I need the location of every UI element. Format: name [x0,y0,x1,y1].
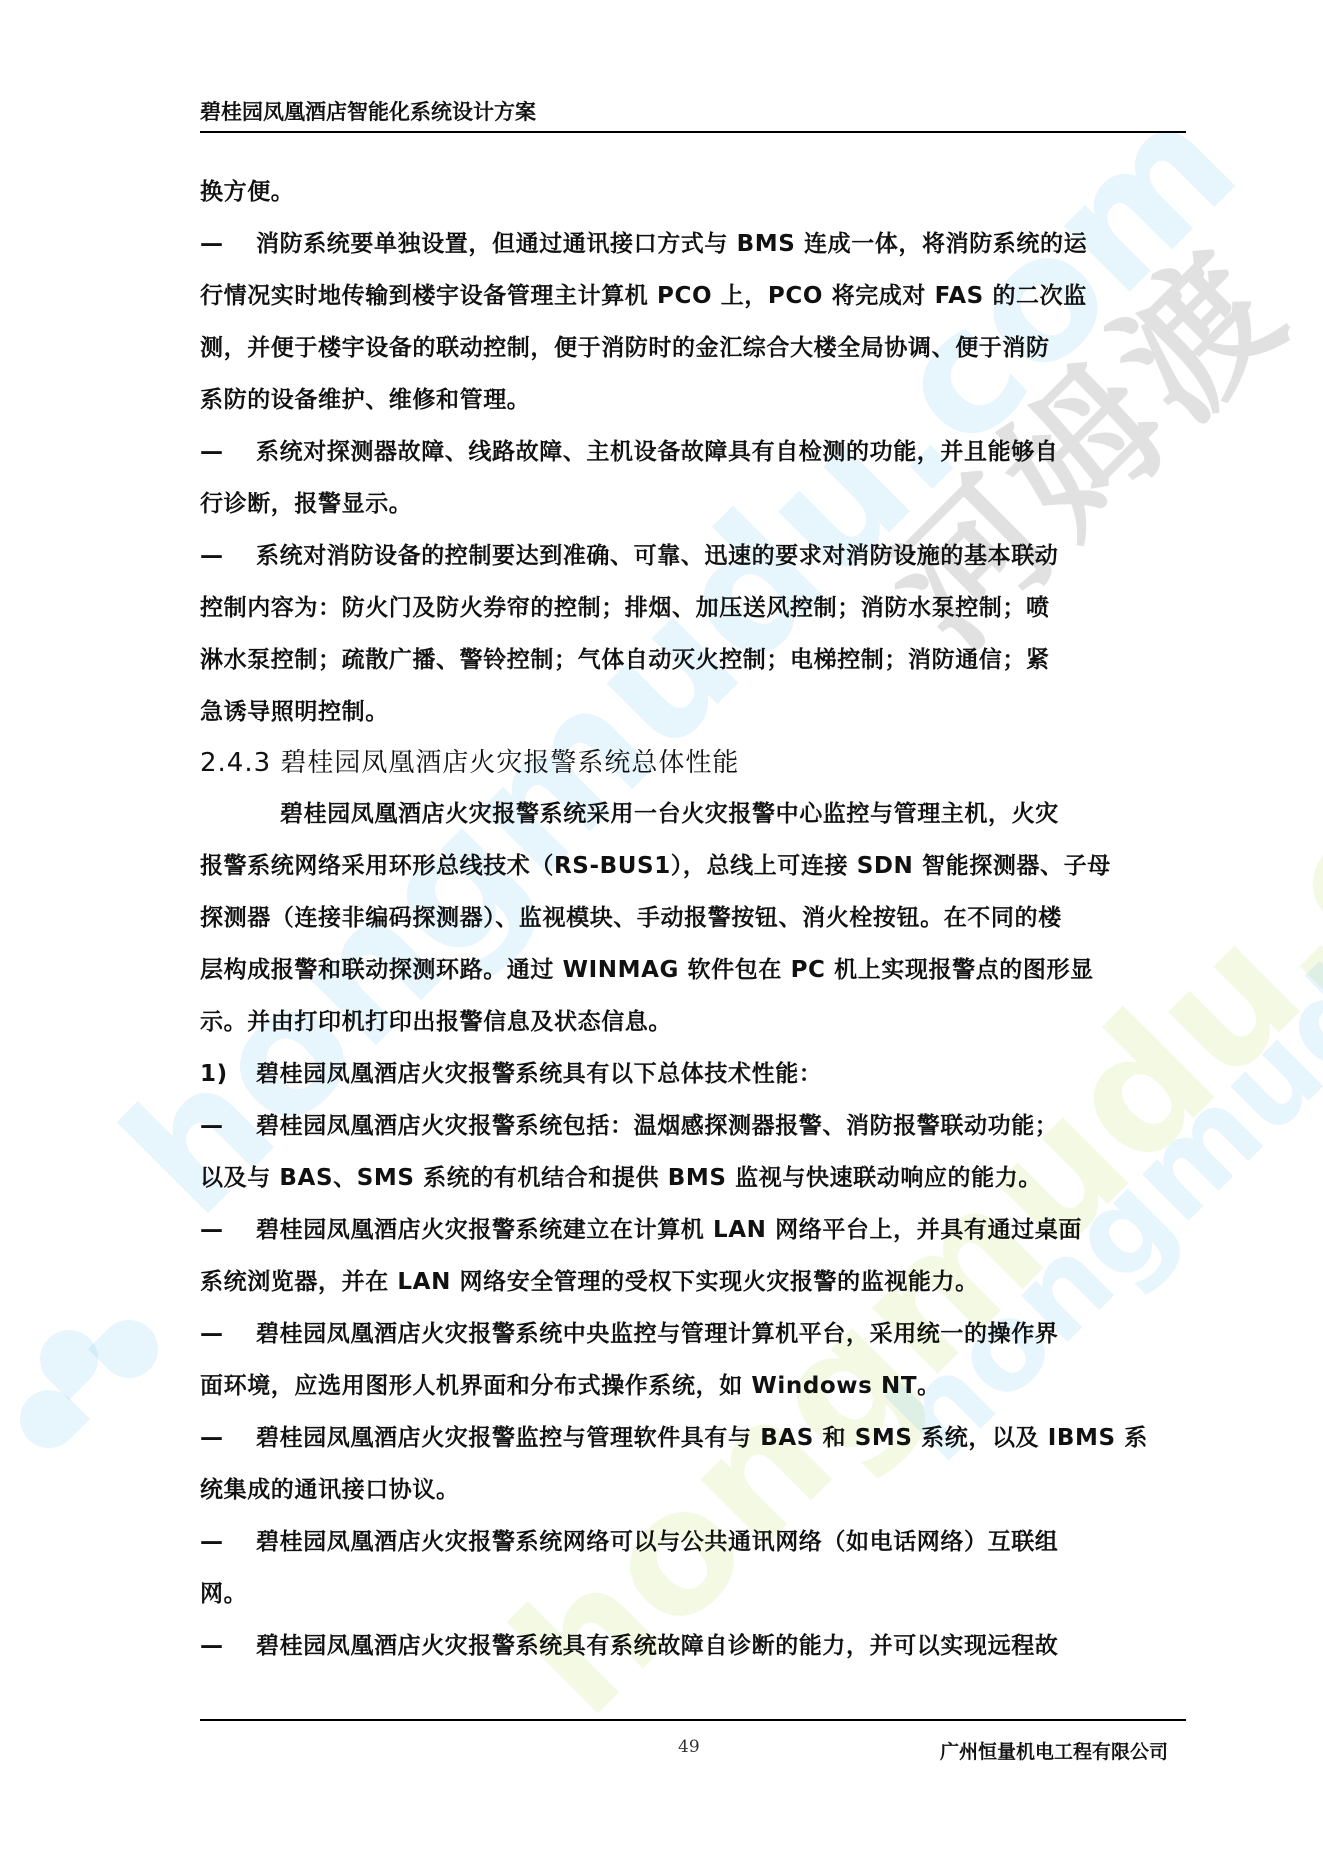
line-text: 碧桂园凤凰酒店火灾报警系统中央监控与管理计算机平台，采用统一的操作界 [256,1321,1058,1347]
page-header: 碧桂园凤凰酒店智能化系统设计方案 [200,98,1186,133]
paragraph-line: 面环境，应选用图形人机界面和分布式操作系统，如 Windows NT。 [200,1360,1186,1412]
paragraph-line: 系防的设备维护、维修和管理。 [200,374,1186,426]
paragraph-line: 急诱导照明控制。 [200,686,1186,738]
page-number: 49 [678,1737,700,1757]
paragraph-line: 碧桂园凤凰酒店火灾报警系统采用一台火灾报警中心监控与管理主机，火灾 [200,788,1186,840]
line-text: 层构成报警和联动探测环路。通过 WINMAG 软件包在 PC 机上实现报警点的图… [200,957,1094,983]
bullet-marker: — [200,1308,256,1360]
bullet-line: —碧桂园凤凰酒店火灾报警系统包括：温烟感探测器报警、消防报警联动功能； [200,1100,1186,1152]
line-text: 淋水泵控制；疏散广播、警铃控制；气体自动灭火控制；电梯控制；消防通信；紧 [200,647,1050,673]
paragraph-line: 淋水泵控制；疏散广播、警铃控制；气体自动灭火控制；电梯控制；消防通信；紧 [200,634,1186,686]
line-text: 碧桂园凤凰酒店火灾报警系统建立在计算机 LAN 网络平台上，并具有通过桌面 [256,1217,1082,1243]
paragraph-line: 探测器（连接非编码探测器）、监视模块、手动报警按钮、消火栓按钮。在不同的楼 [200,892,1186,944]
document-title: 碧桂园凤凰酒店智能化系统设计方案 [200,100,536,124]
line-text: 碧桂园凤凰酒店火灾报警系统网络可以与公共通讯网络（如电话网络）互联组 [256,1529,1058,1555]
line-text: 系统对消防设备的控制要达到准确、可靠、迅速的要求对消防设施的基本联动 [256,543,1058,569]
paragraph-line: 网。 [200,1568,1186,1620]
line-text: 系统浏览器，并在 LAN 网络安全管理的受权下实现火灾报警的监视能力。 [200,1269,979,1295]
bullet-line: 1)碧桂园凤凰酒店火灾报警系统具有以下总体技术性能： [200,1048,1186,1100]
paragraph-line: 以及与 BAS、SMS 系统的有机结合和提供 BMS 监视与快速联动响应的能力。 [200,1152,1186,1204]
line-text: 碧桂园凤凰酒店火灾报警监控与管理软件具有与 BAS 和 SMS 系统，以及 IB… [256,1425,1148,1451]
bullet-line: —系统对消防设备的控制要达到准确、可靠、迅速的要求对消防设施的基本联动 [200,530,1186,582]
line-text: 碧桂园凤凰酒店火灾报警系统具有以下总体技术性能： [256,1061,822,1087]
document-body: 换方便。—消防系统要单独设置，但通过通讯接口方式与 BMS 连成一体，将消防系统… [200,166,1186,1672]
company-name: 广州恒量机电工程有限公司 [940,1737,1168,1764]
line-text: 测，并便于楼宇设备的联动控制，便于消防时的金汇综合大楼全局协调、便于消防 [200,335,1050,361]
paragraph-line: 行情况实时地传输到楼宇设备管理主计算机 PCO 上，PCO 将完成对 FAS 的… [200,270,1186,322]
line-text: 行情况实时地传输到楼宇设备管理主计算机 PCO 上，PCO 将完成对 FAS 的… [200,283,1087,309]
line-text: 碧桂园凤凰酒店火灾报警系统采用一台火灾报警中心监控与管理主机，火灾 [280,801,1059,827]
paragraph-line: 换方便。 [200,166,1186,218]
paragraph-line: 统集成的通讯接口协议。 [200,1464,1186,1516]
line-text: 统集成的通讯接口协议。 [200,1477,460,1503]
section-heading: 2.4.3 碧桂园凤凰酒店火灾报警系统总体性能 [200,738,1186,788]
paragraph-line: 测，并便于楼宇设备的联动控制，便于消防时的金汇综合大楼全局协调、便于消防 [200,322,1186,374]
line-text: 面环境，应选用图形人机界面和分布式操作系统，如 Windows NT。 [200,1373,941,1399]
bullet-marker: — [200,530,256,582]
bullet-line: —消防系统要单独设置，但通过通讯接口方式与 BMS 连成一体，将消防系统的运 [200,218,1186,270]
line-text: 行诊断，报警显示。 [200,491,412,517]
line-text: 探测器（连接非编码探测器）、监视模块、手动报警按钮、消火栓按钮。在不同的楼 [200,905,1062,931]
line-text: 碧桂园凤凰酒店火灾报警系统包括：温烟感探测器报警、消防报警联动功能； [256,1113,1058,1139]
line-text: 示。并由打印机打印出报警信息及状态信息。 [200,1009,672,1035]
watermark-logo-petal [28,1318,110,1400]
line-text: 报警系统网络采用环形总线技术（RS-BUS1），总线上可连接 SDN 智能探测器… [200,853,1111,879]
bullet-line: —碧桂园凤凰酒店火灾报警监控与管理软件具有与 BAS 和 SMS 系统，以及 I… [200,1412,1186,1464]
watermark-logo-petal [8,1378,90,1460]
bullet-marker: — [200,1412,256,1464]
bullet-marker: — [200,1100,256,1152]
bullet-line: —碧桂园凤凰酒店火灾报警系统网络可以与公共通讯网络（如电话网络）互联组 [200,1516,1186,1568]
line-text: 控制内容为：防火门及防火券帘的控制；排烟、加压送风控制；消防水泵控制；喷 [200,595,1050,621]
bullet-marker: — [200,1204,256,1256]
line-text: 系防的设备维护、维修和管理。 [200,387,530,413]
bullet-line: —碧桂园凤凰酒店火灾报警系统具有系统故障自诊断的能力，并可以实现远程故 [200,1620,1186,1672]
bullet-marker: 1) [200,1048,256,1100]
line-text: 网。 [200,1581,247,1607]
bullet-marker: — [200,218,256,270]
footer-divider [200,1719,1186,1721]
line-text: 换方便。 [200,179,294,205]
paragraph-line: 报警系统网络采用环形总线技术（RS-BUS1），总线上可连接 SDN 智能探测器… [200,840,1186,892]
paragraph-line: 示。并由打印机打印出报警信息及状态信息。 [200,996,1186,1048]
bullet-marker: — [200,426,256,478]
bullet-line: —碧桂园凤凰酒店火灾报警系统中央监控与管理计算机平台，采用统一的操作界 [200,1308,1186,1360]
line-text: 消防系统要单独设置，但通过通讯接口方式与 BMS 连成一体，将消防系统的运 [256,231,1087,257]
paragraph-line: 层构成报警和联动探测环路。通过 WINMAG 软件包在 PC 机上实现报警点的图… [200,944,1186,996]
paragraph-line: 行诊断，报警显示。 [200,478,1186,530]
paragraph-line: 控制内容为：防火门及防火券帘的控制；排烟、加压送风控制；消防水泵控制；喷 [200,582,1186,634]
bullet-marker: — [200,1516,256,1568]
bullet-marker: — [200,1620,256,1672]
watermark-logo-petal [88,1308,170,1390]
line-text: 系统对探测器故障、线路故障、主机设备故障具有自检测的功能，并且能够自 [256,439,1058,465]
line-text: 碧桂园凤凰酒店火灾报警系统具有系统故障自诊断的能力，并可以实现远程故 [256,1633,1058,1659]
bullet-line: —碧桂园凤凰酒店火灾报警系统建立在计算机 LAN 网络平台上，并具有通过桌面 [200,1204,1186,1256]
bullet-line: —系统对探测器故障、线路故障、主机设备故障具有自检测的功能，并且能够自 [200,426,1186,478]
paragraph-line: 系统浏览器，并在 LAN 网络安全管理的受权下实现火灾报警的监视能力。 [200,1256,1186,1308]
line-text: 急诱导照明控制。 [200,699,389,725]
line-text: 以及与 BAS、SMS 系统的有机结合和提供 BMS 监视与快速联动响应的能力。 [200,1165,1042,1191]
